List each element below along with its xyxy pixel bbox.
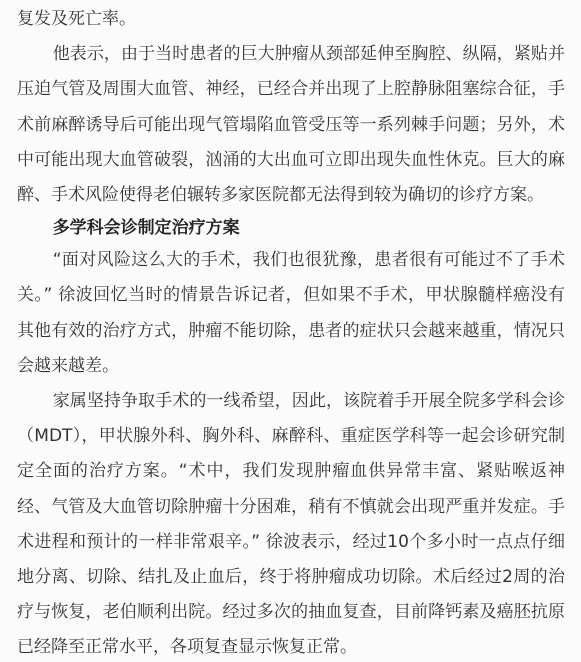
paragraph-surgery-risk: 他表示，由于当时患者的巨大肿瘤从颈部延伸至胸腔、纵隔，紧贴并压迫气管及周围大血管… xyxy=(17,37,565,213)
paragraph-mdt-treatment: 家属坚持争取手术的一线希望，因此，该院着手开展全院多学科会诊（MDT），甲状腺外… xyxy=(17,384,565,662)
paragraph-doctor-quote: “面对风险这么大的手术，我们也很犹豫，患者很有可能过不了手术关。” 徐波回忆当时… xyxy=(17,243,565,384)
section-heading: 多学科会诊制定治疗方案 xyxy=(17,213,565,243)
paragraph-mortality-tail: 复发及死亡率。 xyxy=(17,2,565,37)
article-body: 复发及死亡率。 他表示，由于当时患者的巨大肿瘤从颈部延伸至胸腔、纵隔，紧贴并压迫… xyxy=(0,0,581,662)
